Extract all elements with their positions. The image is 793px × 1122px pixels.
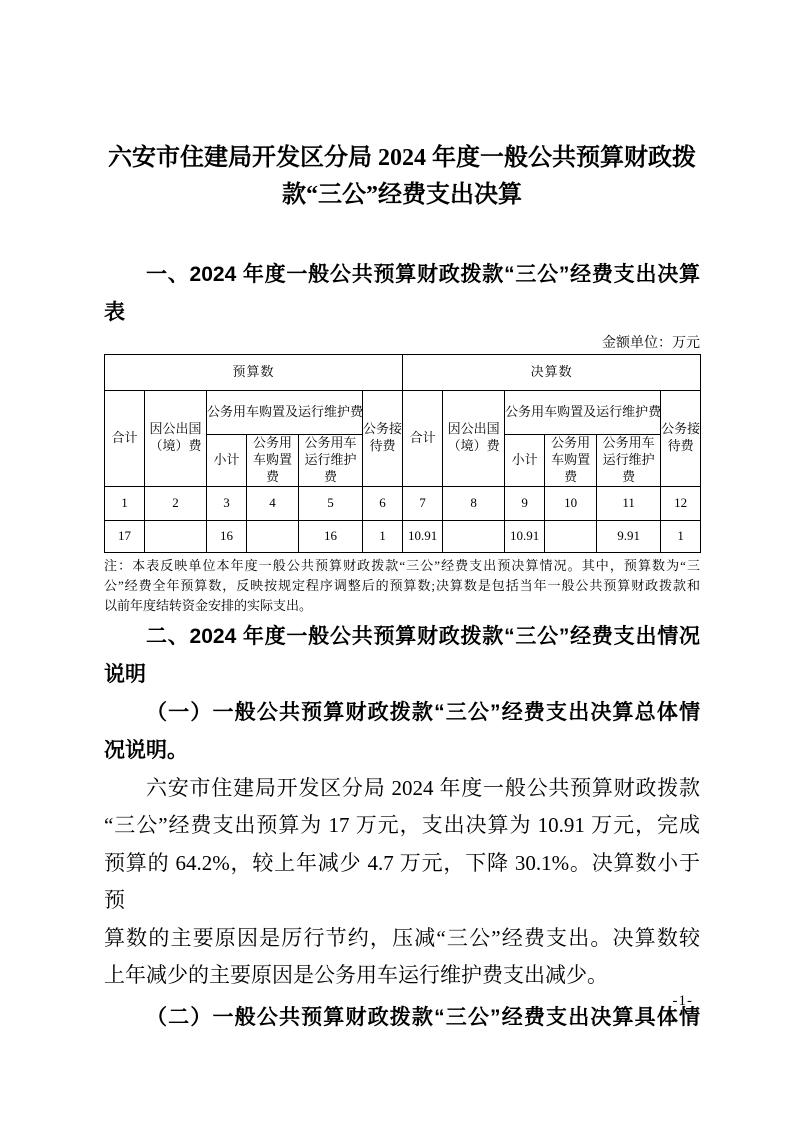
document-page: 六安市住建局开发区分局 2024 年度一般公共预算财政拨 款“三公”经费支出决算… (0, 0, 793, 1122)
paragraph-line-2: “三公”经费支出预算为 17 万元，支出决算为 10.91 万元，完成 (104, 807, 700, 845)
paragraph-line-5: 上年减少的主要原因是公务用车运行维护费支出减少。 (104, 957, 700, 995)
budget-vehicle-group-header: 公务用车购置及运行维护费 (207, 391, 363, 435)
value-budget-operation: 16 (299, 520, 363, 552)
value-budget-purchase (247, 520, 299, 552)
table-note-line-1: 注：本表反映单位本年度一般公共预算财政拨款“三公”经费支出预决算情况。其中，预算… (104, 556, 700, 576)
document-title: 六安市住建局开发区分局 2024 年度一般公共预算财政拨 款“三公”经费支出决算 (104, 140, 700, 214)
col-number: 5 (299, 486, 363, 520)
value-final-abroad (443, 520, 505, 552)
section1-heading: 一、2024 年度一般公共预算财政拨款“三公”经费支出决算 表 (104, 256, 700, 332)
document-title-line-2: 款“三公”经费支出决算 (104, 177, 700, 214)
value-final-total: 10.91 (403, 520, 443, 552)
page-number: -1- (673, 993, 694, 1010)
subsection2-heading-line-1: （二）一般公共预算财政拨款“三公”经费支出决算具体情 (104, 999, 700, 1037)
value-final-subtotal: 10.91 (505, 520, 545, 552)
section1-heading-line-2: 表 (104, 294, 700, 332)
subsection1-heading-line-1: （一）一般公共预算财政拨款“三公”经费支出决算总体情 (104, 694, 700, 732)
budget-purchase-header: 公务用车购置费 (247, 435, 299, 487)
col-number: 4 (247, 486, 299, 520)
final-total-header: 合计 (403, 391, 443, 487)
col-number: 12 (661, 486, 701, 520)
section2-heading: 二、2024 年度一般公共预算财政拨款“三公”经费支出情况 说明 (104, 618, 700, 694)
col-number: 10 (545, 486, 597, 520)
table-note-line-2: 公”经费全年预算数，反映按规定程序调整后的预算数;决算数是包括当年一般公共预算财… (104, 576, 700, 596)
col-number: 9 (505, 486, 545, 520)
document-title-line-1: 六安市住建局开发区分局 2024 年度一般公共预算财政拨 (104, 140, 700, 177)
col-number: 8 (443, 486, 505, 520)
col-number: 7 (403, 486, 443, 520)
value-budget-subtotal: 16 (207, 520, 247, 552)
col-number: 11 (597, 486, 661, 520)
final-reception-header: 公务接待费 (661, 391, 701, 487)
value-final-reception: 1 (661, 520, 701, 552)
table-note-line-3: 以前年度结转资金安排的实际支出。 (104, 596, 700, 616)
final-section-header: 决算数 (403, 355, 701, 391)
final-abroad-header: 因公出国（境）费 (443, 391, 505, 487)
budget-abroad-header: 因公出国（境）费 (145, 391, 207, 487)
value-final-purchase (545, 520, 597, 552)
subsection2-heading: （二）一般公共预算财政拨款“三公”经费支出决算具体情 (104, 999, 700, 1037)
amount-unit-note: 金额单位：万元 (104, 334, 700, 354)
overview-paragraph: 六安市住建局开发区分局 2024 年度一般公共预算财政拨款 “三公”经费支出预算… (104, 770, 700, 995)
paragraph-line-3: 预算的 64.2%，较上年减少 4.7 万元，下降 30.1%。决算数小于预 (104, 845, 700, 920)
col-number: 3 (207, 486, 247, 520)
final-purchase-header: 公务用车购置费 (545, 435, 597, 487)
paragraph-line-4: 算数的主要原因是厉行节约，压减“三公”经费支出。决算数较 (104, 920, 700, 958)
value-budget-reception: 1 (363, 520, 403, 552)
table-section-row: 预算数 决算数 (105, 355, 701, 391)
col-number: 6 (363, 486, 403, 520)
subsection1-heading-line-2: 况说明。 (104, 732, 700, 770)
section1-heading-line-1: 一、2024 年度一般公共预算财政拨款“三公”经费支出决算 (104, 256, 700, 294)
column-number-row: 1 2 3 4 5 6 7 8 9 10 11 12 (105, 486, 701, 520)
table-note: 注：本表反映单位本年度一般公共预算财政拨款“三公”经费支出预决算情况。其中，预算… (104, 556, 700, 616)
section2-heading-line-2: 说明 (104, 656, 700, 694)
col-number: 1 (105, 486, 145, 520)
col-number: 2 (145, 486, 207, 520)
value-final-operation: 9.91 (597, 520, 661, 552)
final-vehicle-group-header: 公务用车购置及运行维护费 (505, 391, 661, 435)
paragraph-line-1: 六安市住建局开发区分局 2024 年度一般公共预算财政拨款 (104, 770, 700, 808)
value-budget-abroad (145, 520, 207, 552)
final-subtotal-header: 小计 (505, 435, 545, 487)
three-public-expense-table: 预算数 决算数 合计 因公出国（境）费 公务用车购置及运行维护费 公务接待费 合… (104, 354, 701, 553)
section2-heading-line-1: 二、2024 年度一般公共预算财政拨款“三公”经费支出情况 (104, 618, 700, 656)
document-content: 六安市住建局开发区分局 2024 年度一般公共预算财政拨 款“三公”经费支出决算… (104, 0, 700, 1037)
budget-operation-header: 公务用车运行维护费 (299, 435, 363, 487)
subsection1-heading: （一）一般公共预算财政拨款“三公”经费支出决算总体情 况说明。 (104, 694, 700, 770)
budget-total-header: 合计 (105, 391, 145, 487)
final-operation-header: 公务用车运行维护费 (597, 435, 661, 487)
value-row: 17 16 16 1 10.91 10.91 9.91 1 (105, 520, 701, 552)
budget-reception-header: 公务接待费 (363, 391, 403, 487)
budget-subtotal-header: 小计 (207, 435, 247, 487)
table-header-row-1: 合计 因公出国（境）费 公务用车购置及运行维护费 公务接待费 合计 因公出国（境… (105, 391, 701, 435)
budget-section-header: 预算数 (105, 355, 403, 391)
value-budget-total: 17 (105, 520, 145, 552)
